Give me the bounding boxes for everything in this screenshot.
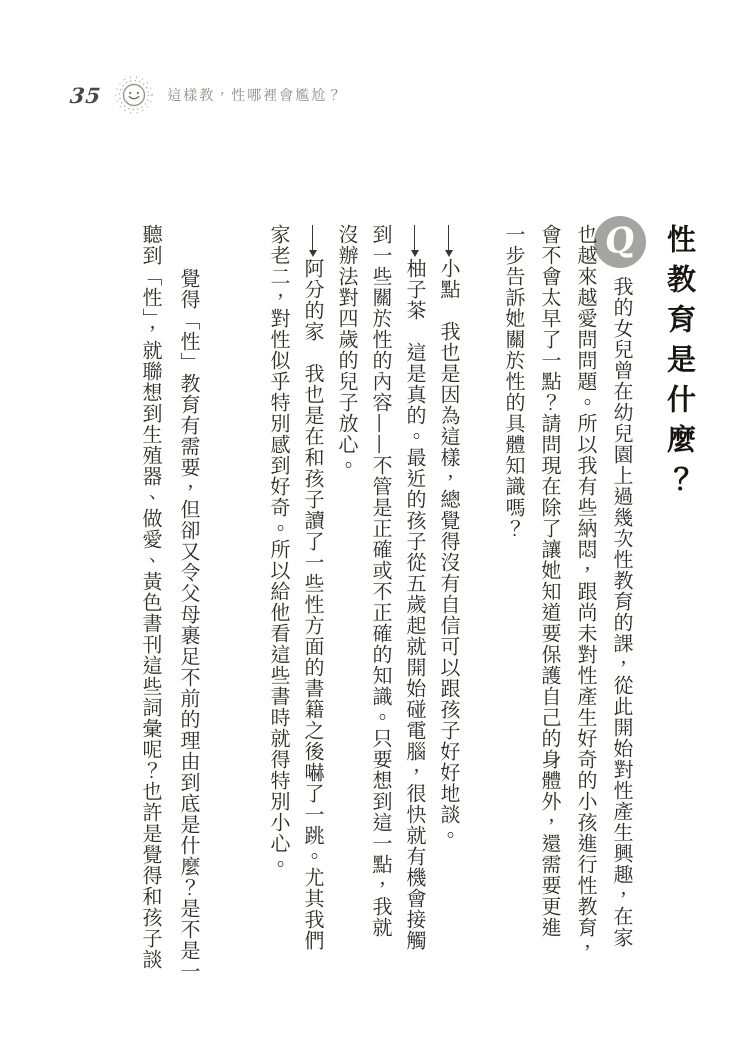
commentary-column: 覺得「性」教育有需要，但卻又令父母裹足不前的理由到底是什麼？是不是一 [170, 224, 208, 986]
running-header: 35 這樣教，性哪裡會尷尬？ [70, 72, 343, 118]
speaker-spacer [449, 300, 450, 321]
question-column: 也越來越愛問問題。所以我有些納悶，跟尚未對性產生好奇的小孩進行性教育， [568, 224, 604, 986]
speaker-spacer [313, 342, 314, 363]
article-title: 性教育是什麼？ [658, 224, 702, 986]
reply-speaker: 柚子茶 [403, 258, 427, 321]
reply-column: 家老二，對性似乎特別感到好奇。所以給他看這些書時就得特別小心。 [262, 224, 296, 986]
reply-speaker: 小點 [437, 258, 461, 300]
reply-column: 沒辦法對四歲的兒子放心。 [330, 224, 364, 986]
page-number: 35 [69, 83, 103, 108]
reply-column: 阿分的家我也是在和孩子讀了一些性方面的書籍之後嚇了一跳。尤其我們 [296, 224, 330, 986]
reply-speaker: 阿分的家 [301, 258, 325, 342]
book-title: 這樣教，性哪裡會尷尬？ [167, 85, 343, 105]
down-arrow-icon [408, 224, 422, 258]
reply-column: 到一些關於性的內容——不管是正確或不正確的知識。只要想到這一點，我就 [364, 224, 398, 986]
book-page: 35 這樣教，性哪裡會尷尬？ Q 性教育是什麼？ 我的女兒曾在幼兒園上過幾次性教… [0, 0, 750, 1064]
reply-text: 我也是因為這樣，總覺得沒有自信可以跟孩子好好地談。 [437, 321, 461, 846]
question-column: 會不會太早了一點？請問現在除了讓她知道要保護自己的身體外，還需要更進 [532, 224, 568, 986]
commentary-column: 聽到「性」，就聯想到生殖器、做愛、黃色書刊這些詞彙呢？也許是覺得和孩子談 [132, 224, 170, 986]
reply-text: 這是真的。最近的孩子從五歲起就開始碰電腦，很快就有機會接觸 [403, 342, 427, 951]
down-arrow-icon [442, 224, 456, 258]
reply-column: 柚子茶這是真的。最近的孩子從五歲起就開始碰電腦，很快就有機會接觸 [398, 224, 432, 986]
down-arrow-icon [306, 224, 320, 258]
question-column: 我的女兒曾在幼兒園上過幾次性教育的課，從此開始對性產生興趣，在家 [604, 224, 640, 986]
reply-text: 我也是在和孩子讀了一些性方面的書籍之後嚇了一跳。尤其我們 [301, 363, 325, 951]
question-column: 一步告訴她關於性的具體知識嗎？ [496, 224, 532, 986]
reply-column: 小點我也是因為這樣，總覺得沒有自信可以跟孩子好好地談。 [432, 224, 466, 986]
article-body: 性教育是什麼？ 我的女兒曾在幼兒園上過幾次性教育的課，從此開始對性產生興趣，在家… [132, 224, 702, 986]
speaker-spacer [415, 321, 416, 342]
smiley-sun-icon [111, 72, 157, 118]
